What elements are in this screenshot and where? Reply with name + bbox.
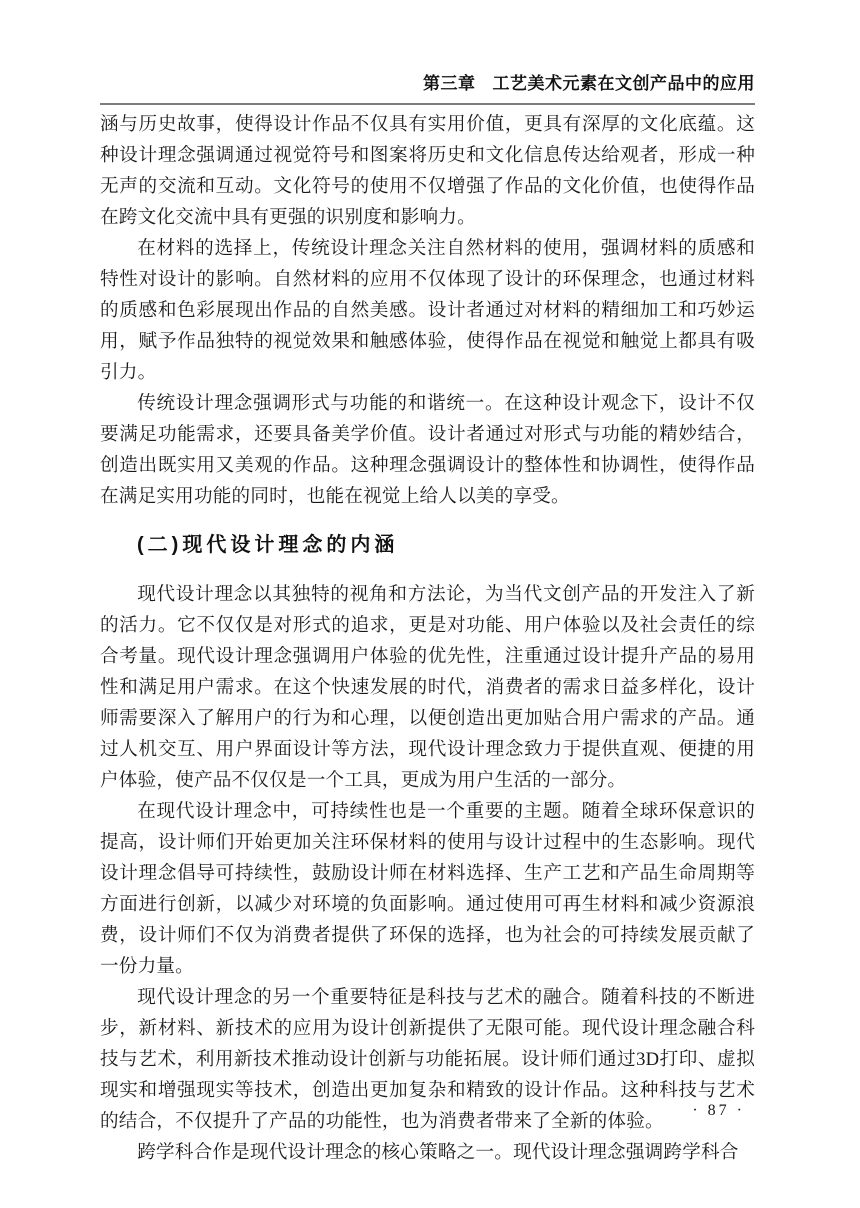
paragraph: 涵与历史故事，使得设计作品不仅具有实用价值，更具有深厚的文化底蕴。这种设计理念强…: [100, 109, 755, 233]
paragraph: 现代设计理念以其独特的视角和方法论，为当代文创产品的开发注入了新的活力。它不仅仅…: [100, 579, 755, 796]
chapter-number: 第三章: [423, 74, 476, 93]
document-page: 第三章工艺美术元素在文创产品中的应用 涵与历史故事，使得设计作品不仅具有实用价值…: [0, 0, 860, 1208]
running-head: 第三章工艺美术元素在文创产品中的应用: [100, 72, 755, 105]
paragraph: 在现代设计理念中，可持续性也是一个重要的主题。随着全球环保意识的提高，设计师们开…: [100, 796, 755, 982]
paragraph: 在材料的选择上，传统设计理念关注自然材料的使用，强调材料的质感和特性对设计的影响…: [100, 233, 755, 388]
section-heading: (二)现代设计理念的内涵: [137, 529, 755, 561]
page-number: · 87 ·: [692, 1102, 745, 1120]
paragraph: 现代设计理念的另一个重要特征是科技与艺术的融合。随着科技的不断进步，新材料、新技…: [100, 982, 755, 1137]
body-text: 涵与历史故事，使得设计作品不仅具有实用价值，更具有深厚的文化底蕴。这种设计理念强…: [100, 109, 755, 1168]
paragraph: 跨学科合作是现代设计理念的核心策略之一。现代设计理念强调跨学科合: [100, 1137, 755, 1168]
paragraph: 传统设计理念强调形式与功能的和谐统一。在这种设计观念下，设计不仅要满足功能需求，…: [100, 388, 755, 512]
page-content: 第三章工艺美术元素在文创产品中的应用 涵与历史故事，使得设计作品不仅具有实用价值…: [100, 72, 755, 1168]
chapter-title: 工艺美术元素在文创产品中的应用: [493, 74, 756, 93]
